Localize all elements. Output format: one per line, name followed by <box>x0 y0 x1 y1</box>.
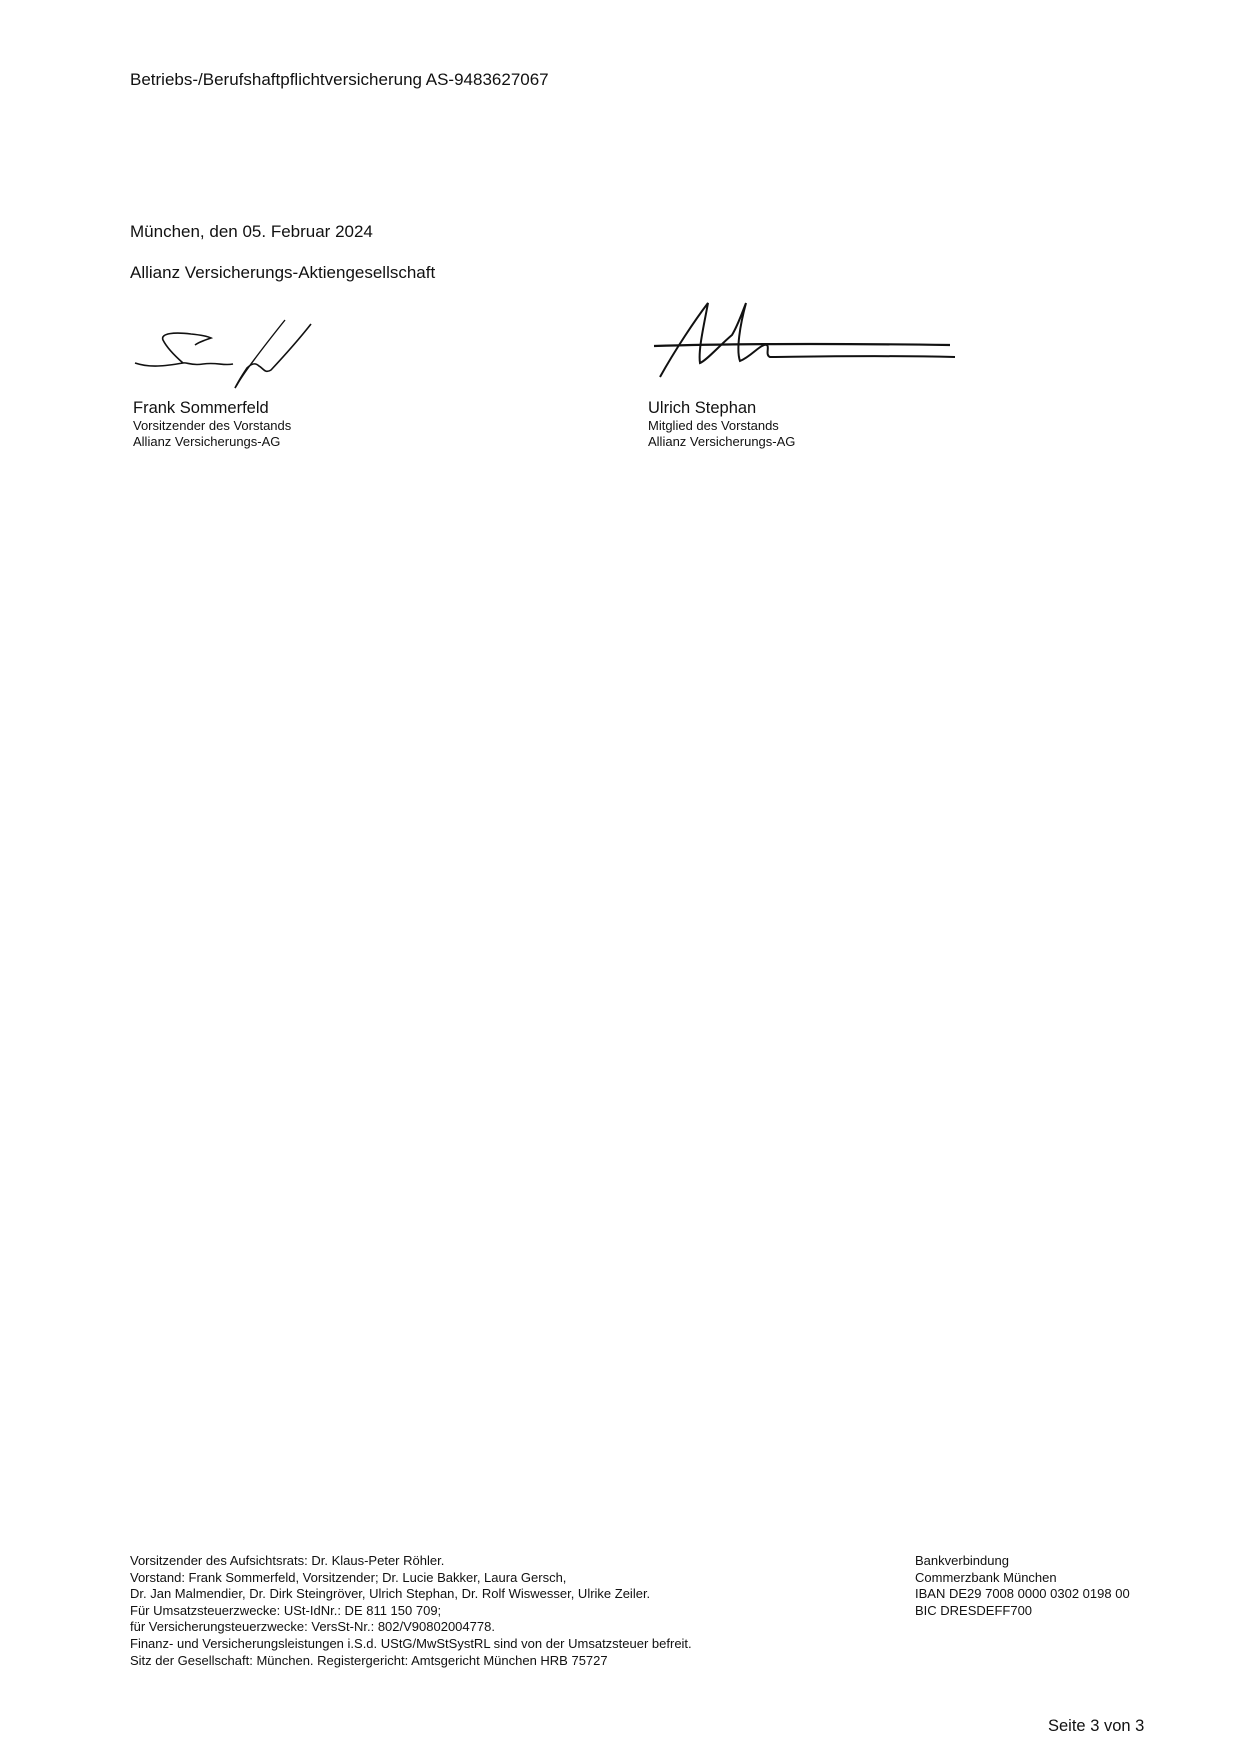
signatory-name: Ulrich Stephan <box>648 399 795 418</box>
footer-legal-line: Für Umsatzsteuerzwecke: USt-IdNr.: DE 81… <box>130 1603 692 1620</box>
footer-legal-line: Dr. Jan Malmendier, Dr. Dirk Steingröver… <box>130 1586 692 1603</box>
company-name: Allianz Versicherungs-Aktiengesellschaft <box>130 263 435 283</box>
page-number: Seite 3 von 3 <box>1048 1717 1144 1736</box>
signatory-frank-sommerfeld: Frank Sommerfeld Vorsitzender des Vorsta… <box>133 399 291 450</box>
signature-ulrich-stephan-icon <box>640 295 960 395</box>
footer-legal-line: Sitz der Gesellschaft: München. Register… <box>130 1653 692 1670</box>
document-title: Betriebs-/Berufshaftpflichtversicherung … <box>130 70 549 90</box>
signatory-name: Frank Sommerfeld <box>133 399 291 418</box>
bank-bic: BIC DRESDEFF700 <box>915 1603 1130 1620</box>
bank-name: Commerzbank München <box>915 1570 1130 1587</box>
bank-iban: IBAN DE29 7008 0000 0302 0198 00 <box>915 1586 1130 1603</box>
footer-legal-line: Vorstand: Frank Sommerfeld, Vorsitzender… <box>130 1570 692 1587</box>
place-and-date: München, den 05. Februar 2024 <box>130 222 373 242</box>
footer-legal-line: für Versicherungsteuerzwecke: VersSt-Nr.… <box>130 1619 692 1636</box>
signatory-ulrich-stephan: Ulrich Stephan Mitglied des Vorstands Al… <box>648 399 795 450</box>
footer-legal-info: Vorsitzender des Aufsichtsrats: Dr. Klau… <box>130 1553 692 1669</box>
signatory-organization: Allianz Versicherungs-AG <box>133 434 291 450</box>
footer-legal-line: Vorsitzender des Aufsichtsrats: Dr. Klau… <box>130 1553 692 1570</box>
signatory-role: Mitglied des Vorstands <box>648 418 795 434</box>
footer-legal-line: Finanz- und Versicherungsleistungen i.S.… <box>130 1636 692 1653</box>
signatory-role: Vorsitzender des Vorstands <box>133 418 291 434</box>
signatory-organization: Allianz Versicherungs-AG <box>648 434 795 450</box>
footer-bank-details: Bankverbindung Commerzbank München IBAN … <box>915 1553 1130 1619</box>
signature-frank-sommerfeld-icon <box>125 300 355 400</box>
bank-heading: Bankverbindung <box>915 1553 1130 1570</box>
